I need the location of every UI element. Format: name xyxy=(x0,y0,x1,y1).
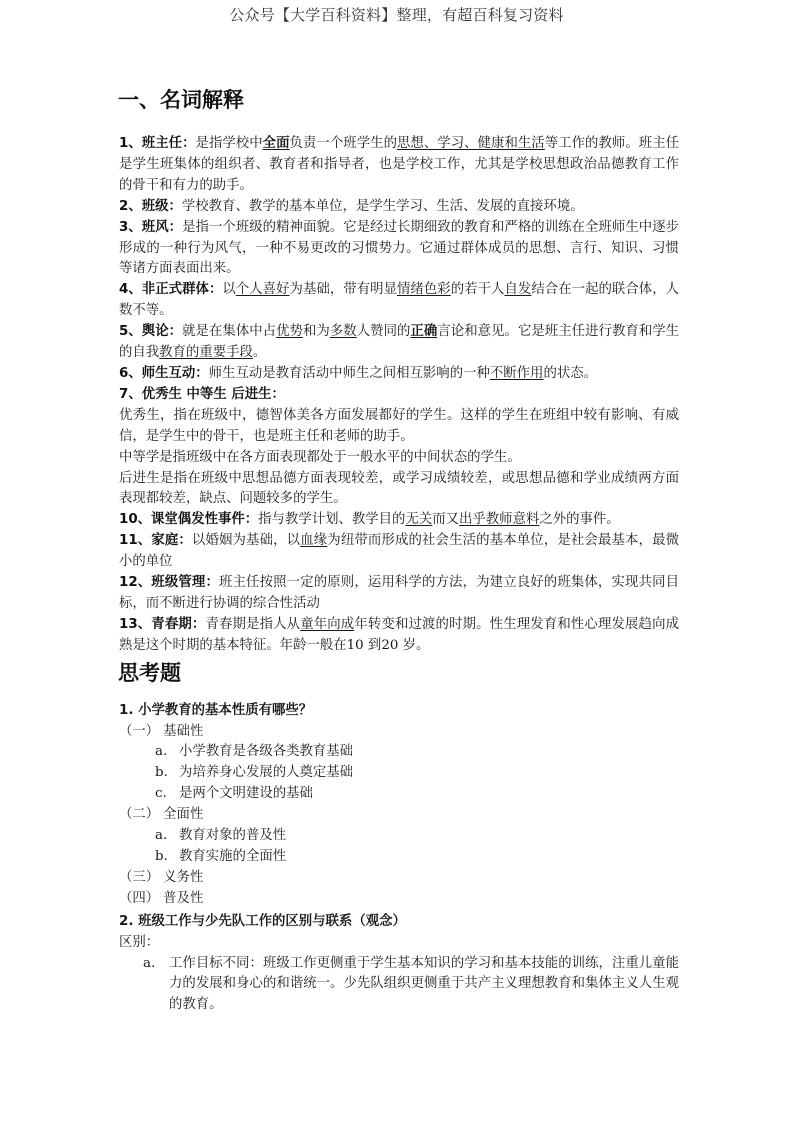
definition-paragraph: 优秀生，指在班级中，德智体美各方面发展都好的学生。这样的学生在班组中较有影响、有… xyxy=(119,406,679,448)
answer-group: （一）基础性 xyxy=(119,722,679,743)
emphasized-text: 个人喜好 xyxy=(236,282,290,297)
emphasized-text: 情绪色彩 xyxy=(397,282,451,297)
subpoint-label: b. xyxy=(155,763,179,784)
term-entry: 6、师生互动：师生互动是教育活动中师生之间相互影响的一种不断作用的状态。 xyxy=(119,364,679,385)
emphasized-text: 血缘 xyxy=(300,533,327,548)
definition-text: 师生互动是教育活动中师生之间相互影响的一种 xyxy=(209,366,490,381)
answer-group: （二）全面性 xyxy=(119,805,679,826)
question-2-answer: a.工作目标不同：班级工作更侧重于学生基本知识的学习和基本技能的训练，注重儿童能… xyxy=(119,954,679,1017)
definition-text: 。 xyxy=(253,345,266,360)
answer-subpoint: b.为培养身心发展的人奠定基础 xyxy=(119,763,679,784)
section-title-questions: 思考题 xyxy=(118,659,679,687)
group-label: （三） xyxy=(119,870,159,885)
definition-text: 负责一个班学生的 xyxy=(290,136,397,151)
definition-text: 之外的事件。 xyxy=(539,512,619,527)
emphasized-text: 多数 xyxy=(330,324,357,339)
subpoint-text: 为培养身心发展的人奠定基础 xyxy=(179,765,353,780)
emphasized-text: 正确 xyxy=(410,324,437,339)
question-1: 1. 小学教育的基本性质有哪些？ （一）基础性a.小学教育是各级各类教育基础b.… xyxy=(119,701,679,910)
emphasized-text: 不断作用 xyxy=(490,366,544,381)
document-body: 一、名词解释 1、班主任：是指学校中全面负责一个班学生的思想、学习、健康和生活等… xyxy=(119,86,679,1016)
term-label: 7、优秀生 中等生 后进生： xyxy=(119,387,285,402)
term-entry: 10、课堂偶发性事件：指与教学计划、教学目的无关而又出乎教师意料之外的事件。 xyxy=(119,510,679,531)
term-entry: 2、班级：学校教育、教学的基本单位，是学生学习、生活、发展的直接环境。 xyxy=(119,197,679,218)
term-entry: 5、舆论：就是在集体中占优势和为多数人赞同的正确言论和意见。它是班主任进行教育和… xyxy=(119,322,679,364)
definition-text: 的状态。 xyxy=(543,366,597,381)
emphasized-text: 出乎教师意料 xyxy=(459,512,539,527)
emphasized-text: 思想、学习、健康和生活 xyxy=(397,136,545,151)
group-label: （二） xyxy=(119,807,159,822)
definition-text: 人赞同的 xyxy=(357,324,411,339)
definition-text: 就是在集体中占 xyxy=(182,324,276,339)
emphasized-text: 无关 xyxy=(405,512,432,527)
definition-text: 以 xyxy=(222,282,235,297)
point-text: 工作目标不同：班级工作更侧重于学生基本知识的学习和基本技能的训练，注重儿童能力的… xyxy=(169,954,679,1017)
answer-subpoint: a.小学教育是各级各类教育基础 xyxy=(119,742,679,763)
point-label: a. xyxy=(143,954,169,1017)
answer-point: a.工作目标不同：班级工作更侧重于学生基本知识的学习和基本技能的训练，注重儿童能… xyxy=(119,954,679,1017)
answer-subpoint: c.是两个文明建设的基础 xyxy=(119,784,679,805)
term-label: 12、班级管理： xyxy=(119,575,219,590)
definition-text: 为基础，带有明显 xyxy=(290,282,397,297)
subpoint-text: 小学教育是各级各类教育基础 xyxy=(179,744,353,759)
subpoint-text: 教育对象的普及性 xyxy=(179,828,286,843)
definition-text: 学校教育、教学的基本单位，是学生学习、生活、发展的直接环境。 xyxy=(182,199,584,214)
term-entry: 12、班级管理：班主任按照一定的原则，运用科学的方法，为建立良好的班集体，实现共… xyxy=(119,573,679,615)
definition-text: 以婚姻为基础，以 xyxy=(192,533,300,548)
subpoint-label: a. xyxy=(155,826,179,847)
term-label: 11、家庭： xyxy=(119,533,192,548)
group-name: 基础性 xyxy=(163,724,203,739)
subpoint-text: 教育实施的全面性 xyxy=(179,849,286,864)
definition-text: 是指学校中 xyxy=(196,136,263,151)
term-list: 1、班主任：是指学校中全面负责一个班学生的思想、学习、健康和生活等工作的教师。班… xyxy=(119,134,679,657)
question-1-answer: （一）基础性a.小学教育是各级各类教育基础b.为培养身心发展的人奠定基础c.是两… xyxy=(119,722,679,910)
group-name: 普及性 xyxy=(163,891,203,906)
definition-paragraph: 后进生是指在班级中思想品德方面表现较差，或学习成绩较差，或思想品德和学业成绩两方… xyxy=(119,469,679,511)
definition-text: 指与教学计划、教学目的 xyxy=(258,512,405,527)
group-label: （一） xyxy=(119,724,159,739)
definition-text: 青春期是指人从 xyxy=(205,617,300,632)
definition-text: 而又 xyxy=(432,512,459,527)
question-2: 2. 班级工作与少先队工作的区别与联系（观念） 区别： a.工作目标不同：班级工… xyxy=(119,912,679,1017)
question-title: 2. 班级工作与少先队工作的区别与联系（观念） xyxy=(119,912,679,933)
term-label: 3、班风： xyxy=(119,220,182,235)
question-title: 1. 小学教育的基本性质有哪些？ xyxy=(119,701,679,722)
term-entry: 13、青春期：青春期是指人从童年向成年转变和过渡的时期。性生理发育和性心理发展趋… xyxy=(119,615,679,657)
answer-subpoint: a.教育对象的普及性 xyxy=(119,826,679,847)
term-entry: 3、班风：是指一个班级的精神面貌。它是经过长期细致的教育和严格的训练在全班师生中… xyxy=(119,218,679,281)
term-entry: 4、非正式群体：以个人喜好为基础，带有明显情绪色彩的若干人自发结合在一起的联合体… xyxy=(119,280,679,322)
definition-text: 是指一个班级的精神面貌。它是经过长期细致的教育和严格的训练在全班师生中逐步形成的… xyxy=(119,220,679,277)
term-entry: 1、班主任：是指学校中全面负责一个班学生的思想、学习、健康和生活等工作的教师。班… xyxy=(119,134,679,197)
subpoint-label: a. xyxy=(155,742,179,763)
term-label: 5、舆论： xyxy=(119,324,182,339)
term-entry: 11、家庭：以婚姻为基础，以血缘为纽带而形成的社会生活的基本单位，是社会最基本，… xyxy=(119,531,679,573)
subpoint-label: b. xyxy=(155,847,179,868)
group-label: （四） xyxy=(119,891,159,906)
term-entry: 7、优秀生 中等生 后进生： xyxy=(119,385,679,406)
answer-intro: 区别： xyxy=(119,933,679,954)
emphasized-text: 童年向成 xyxy=(300,617,354,632)
emphasized-text: 自发 xyxy=(504,282,531,297)
definition-text: 的若干人 xyxy=(451,282,505,297)
emphasized-text: 全面 xyxy=(263,136,290,151)
term-label: 2、班级： xyxy=(119,199,182,214)
emphasized-text: 优势 xyxy=(276,324,303,339)
section-title-terms: 一、名词解释 xyxy=(118,86,679,114)
term-label: 13、青春期： xyxy=(119,617,205,632)
group-name: 义务性 xyxy=(163,870,203,885)
group-name: 全面性 xyxy=(163,807,203,822)
term-label: 1、班主任： xyxy=(119,136,196,151)
emphasized-text: 教育的重要手段 xyxy=(159,345,253,360)
term-label: 10、课堂偶发性事件： xyxy=(119,512,258,527)
answer-subpoint: b.教育实施的全面性 xyxy=(119,847,679,868)
answer-group: （三）义务性 xyxy=(119,868,679,889)
term-label: 6、师生互动： xyxy=(119,366,209,381)
definition-paragraph: 中等学是指班级中在各方面表现都处于一般水平的中间状态的学生。 xyxy=(119,448,679,469)
definition-text: 和为 xyxy=(303,324,330,339)
subpoint-text: 是两个文明建设的基础 xyxy=(179,786,313,801)
subpoint-label: c. xyxy=(155,784,179,805)
term-label: 4、非正式群体： xyxy=(119,282,222,297)
answer-group: （四）普及性 xyxy=(119,889,679,910)
page-header-watermark: 公众号【大学百科资料】整理，有超百科复习资料 xyxy=(0,4,793,25)
